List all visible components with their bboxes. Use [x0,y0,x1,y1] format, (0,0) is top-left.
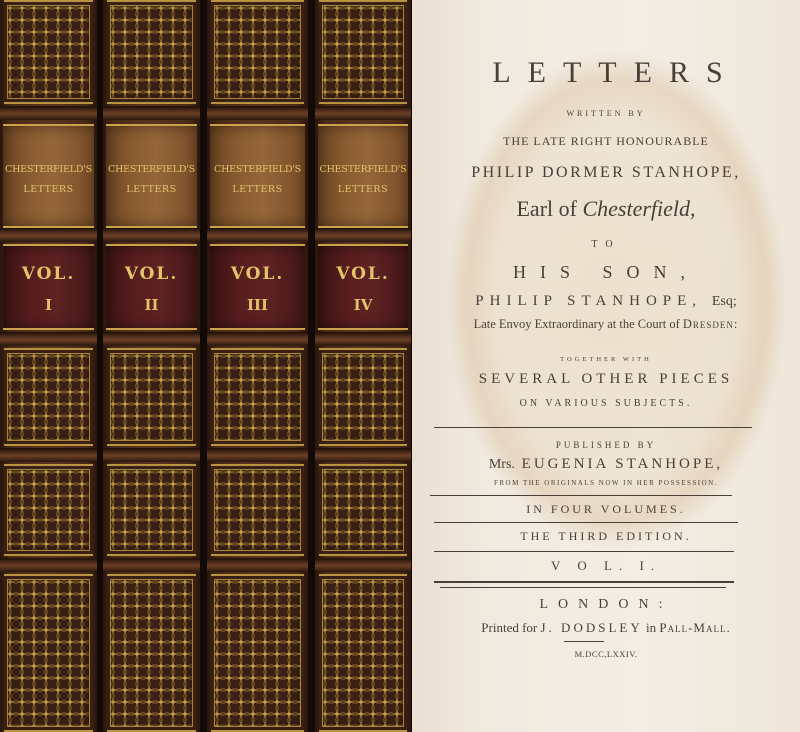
raised-band [103,448,200,462]
to-line: TO [412,239,800,250]
spine-title-label: CHESTERFIELD'S LETTERS [210,124,305,228]
raised-band [207,448,308,462]
spine-title-label: CHESTERFIELD'S LETTERS [106,124,197,228]
divider-rule [434,551,734,552]
vol-text: VOL. [210,264,305,284]
spine-volume-label: VOL. II [106,244,197,330]
raised-band [0,228,97,242]
earl-place: Chesterfield, [582,196,695,221]
son-name: PHILIP STANHOPE, [475,293,702,309]
earl-prefix: Earl of [516,196,576,221]
spine-volume-2: CHESTERFIELD'S LETTERS VOL. II [103,0,200,732]
gilt-panel [107,464,196,556]
author-name: PHILIP DORMER STANHOPE, [412,164,800,182]
spine-volume-label: VOL. III [210,244,305,330]
written-by: WRITTEN BY [412,109,800,118]
raised-band [207,228,308,242]
gilt-panel [319,464,407,556]
raised-band [315,228,411,242]
raised-band [103,106,200,120]
envoy-place: Dresden: [683,317,739,331]
raised-band [103,228,200,242]
raised-band [0,558,97,572]
spine-title-line2: LETTERS [210,184,305,195]
gilt-panel [211,464,304,556]
spine-title-line2: LETTERS [318,184,408,195]
publisher-line: Mrs. EUGENIA STANHOPE, [412,456,800,473]
spine-title-line1: CHESTERFIELD'S [106,164,197,175]
raised-band [315,558,411,572]
raised-band [315,106,411,120]
gilt-panel [211,348,304,446]
spine-volume-1: CHESTERFIELD'S LETTERS VOL. I [0,0,97,732]
four-volumes: IN FOUR VOLUMES. [412,502,800,517]
raised-band [103,558,200,572]
son-name-line: PHILIP STANHOPE, Esq; [412,293,800,310]
raised-band [0,332,97,346]
printer-name: J. DODSLEY [541,620,643,635]
vol-text: VOL. [318,264,408,284]
gilt-panel [4,574,93,732]
divider-rule [440,587,726,588]
gilt-panel [319,348,407,446]
gilt-panel [319,574,407,732]
originals-note: FROM THE ORIGINALS NOW IN HER POSSESSION… [412,479,800,487]
vol-number: IV [318,296,408,314]
spine-volume-label: VOL. IV [318,244,408,330]
divider-rule [430,495,732,496]
gilt-panel [107,348,196,446]
vol-text: VOL. [106,264,197,284]
vol-text: VOL. [3,264,94,284]
gilt-panel [211,0,304,104]
gilt-panel [107,0,196,104]
title-page: LETTERS WRITTEN BY THE LATE RIGHT HONOUR… [412,0,800,732]
several-other-pieces: SEVERAL OTHER PIECES [412,371,800,388]
city: LONDON: [412,597,800,613]
vol-number: I [3,296,94,314]
divider-rule [434,581,734,583]
raised-band [0,106,97,120]
publisher-name: EUGENIA STANHOPE, [522,456,723,472]
vol-number: II [106,296,197,314]
son-suffix: Esq; [712,294,737,309]
book-photo: CHESTERFIELD'S LETTERS VOL. I CHESTERFIE… [0,0,800,732]
spine-title-line2: LETTERS [106,184,197,195]
gilt-panel [319,0,407,104]
divider-rule [564,641,604,642]
publication-date: M.DCC,LXXIV. [412,649,800,659]
printed-prefix: Printed for [481,620,537,635]
published-by: PUBLISHED BY [412,440,800,450]
raised-band [207,558,308,572]
printer-line: Printed for J. DODSLEY in Pall-Mall. [412,620,800,636]
book-spines: CHESTERFIELD'S LETTERS VOL. I CHESTERFIE… [0,0,412,732]
spine-title-line2: LETTERS [3,184,94,195]
gilt-panel [4,464,93,556]
spine-title-line1: CHESTERFIELD'S [318,164,408,175]
raised-band [315,332,411,346]
gilt-panel [4,348,93,446]
main-title: LETTERS [412,56,800,90]
raised-band [207,332,308,346]
various-subjects: ON VARIOUS SUBJECTS. [412,398,800,409]
volume-number: V O L. I. [412,558,800,574]
raised-band [207,106,308,120]
gilt-panel [211,574,304,732]
together-with: TOGETHER WITH [412,356,800,363]
gilt-panel [107,574,196,732]
spine-title-label: CHESTERFIELD'S LETTERS [318,124,408,228]
vol-number: III [210,296,305,314]
envoy-prefix: Late Envoy Extraordinary at the Court of [474,317,680,331]
edition: THE THIRD EDITION. [412,529,800,544]
his-son: HIS SON, [412,262,800,283]
raised-band [315,448,411,462]
publisher-prefix: Mrs. [489,457,515,472]
printer-place: Pall-Mall. [659,620,730,635]
earl-line: Earl of Chesterfield, [412,196,800,222]
printed-in: in [646,620,656,635]
divider-rule [434,522,738,523]
spine-volume-4: CHESTERFIELD'S LETTERS VOL. IV [315,0,411,732]
spine-volume-label: VOL. I [3,244,94,330]
divider-rule [434,427,752,428]
late-right-honourable: THE LATE RIGHT HONOURABLE [412,134,800,149]
spine-title-label: CHESTERFIELD'S LETTERS [3,124,94,228]
spine-volume-3: CHESTERFIELD'S LETTERS VOL. III [207,0,308,732]
envoy-line: Late Envoy Extraordinary at the Court of… [412,317,800,332]
spine-title-line1: CHESTERFIELD'S [210,164,305,175]
gilt-panel [4,0,93,104]
raised-band [0,448,97,462]
spine-title-line1: CHESTERFIELD'S [3,164,94,175]
raised-band [103,332,200,346]
